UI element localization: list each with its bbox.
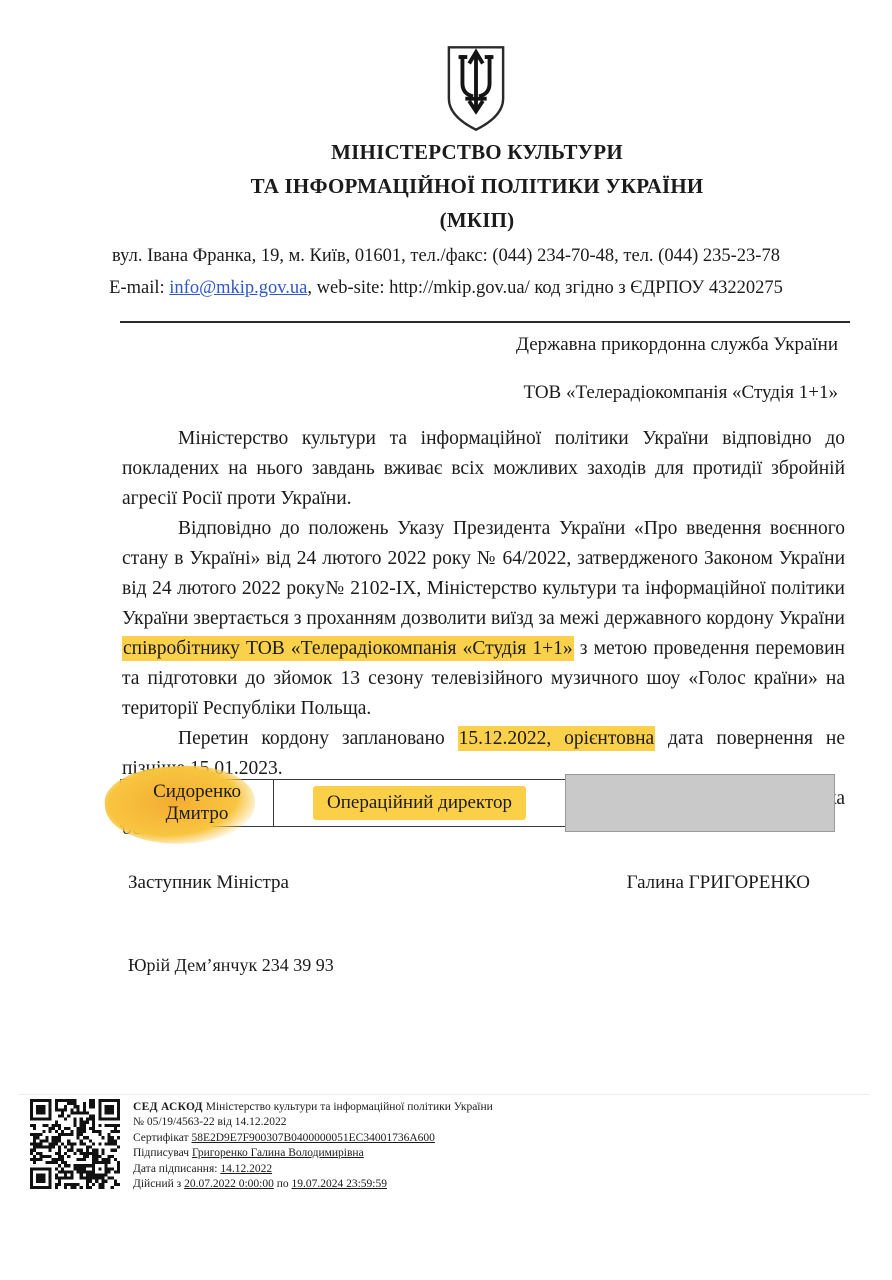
- recipient-studio-1plus1: ТОВ «Телерадіокомпанія «Студія 1+1»: [360, 382, 838, 404]
- stamp-validity-mid: по: [274, 1178, 292, 1190]
- paragraph-request: Відповідно до положень Указу Президента …: [122, 514, 845, 724]
- stamp-system-line: СЕД АСКОД Міністерство культури та інфор…: [133, 1100, 563, 1115]
- recipients-block: Державна прикордонна служба України ТОВ …: [360, 334, 838, 430]
- stamp-separator-line: [18, 1094, 870, 1095]
- employee-name-cell: Сидоренко Дмитро: [120, 779, 274, 827]
- ministry-title-line2: ТА ІНФОРМАЦІЙНОЇ ПОЛІТИКИ УКРАЇНИ: [110, 174, 844, 199]
- stamp-doc-number: № 05/19/4563-22 від 14.12.2022: [133, 1115, 563, 1130]
- stamp-signer-label: Підписувач: [133, 1147, 192, 1159]
- redacted-cell: [565, 774, 835, 832]
- ukraine-trident-emblem-icon: [445, 44, 507, 134]
- paragraph-intro: Міністерство культури та інформаційної п…: [122, 424, 845, 514]
- email-line: E-mail: info@mkip.gov.ua, web-site: http…: [40, 278, 852, 299]
- highlight-date: 15.12.2022, орієнтовна: [458, 726, 656, 751]
- ministry-abbreviation: (МКІП): [110, 208, 844, 233]
- stamp-signer-value: Григоренко Галина Володимирівна: [192, 1147, 364, 1159]
- signer-name: Галина ГРИГОРЕНКО: [510, 872, 810, 894]
- employee-position: Операційний директор: [313, 786, 526, 820]
- stamp-validity-label: Дійсний з: [133, 1178, 184, 1190]
- stamp-certificate-label: Сертифікат: [133, 1132, 191, 1144]
- stamp-signing-date-label: Дата підписання:: [133, 1163, 220, 1175]
- signature-stamp: СЕД АСКОД Міністерство культури та інфор…: [133, 1100, 563, 1192]
- stamp-ministry-name: Міністерство культури та інформаційної п…: [203, 1101, 493, 1113]
- address-line: вул. Івана Франка, 19, м. Київ, 01601, т…: [40, 246, 852, 267]
- stamp-validity-to: 19.07.2024 23:59:59: [291, 1178, 387, 1190]
- stamp-validity-line: Дійсний з 20.07.2022 0:00:00 по 19.07.20…: [133, 1177, 563, 1192]
- header-separator-line: [120, 321, 850, 323]
- email-label: E-mail:: [109, 278, 169, 298]
- highlight-employee: співробітнику ТОВ «Телерадіокомпанія «Ст…: [122, 636, 574, 661]
- paragraph-crossing-pre: Перетин кордону заплановано: [178, 728, 458, 749]
- approval-table: Сидоренко Дмитро Операційний директор: [120, 779, 835, 837]
- ministry-title-line1: МІНІСТЕРСТВО КУЛЬТУРИ: [110, 140, 844, 165]
- website-and-edrpou: , web-site: http://mkip.gov.ua/ код згід…: [307, 278, 782, 298]
- employee-position-cell: Операційний директор: [273, 779, 567, 827]
- stamp-signing-date-value: 14.12.2022: [220, 1163, 272, 1175]
- stamp-certificate-value: 58E2D9E7F900307B0400000051EC34001736A600: [191, 1132, 434, 1144]
- stamp-certificate-line: Сертифікат 58E2D9E7F900307B0400000051EC3…: [133, 1131, 563, 1146]
- employee-name: Сидоренко Дмитро: [121, 781, 273, 825]
- qr-code-icon: [30, 1099, 120, 1189]
- executor-contact: Юрій Дем’янчук 234 39 93: [128, 955, 334, 976]
- email-link[interactable]: info@mkip.gov.ua: [169, 278, 307, 298]
- signer-title: Заступник Міністра: [128, 872, 289, 894]
- stamp-signing-date-line: Дата підписання: 14.12.2022: [133, 1162, 563, 1177]
- paragraph-intro-text: Міністерство культури та інформаційної п…: [122, 428, 845, 509]
- stamp-signer-line: Підписувач Григоренко Галина Володимирів…: [133, 1146, 563, 1161]
- letterhead: МІНІСТЕРСТВО КУЛЬТУРИ ТА ІНФОРМАЦІЙНОЇ П…: [110, 140, 844, 233]
- paragraph-request-pre: Відповідно до положень Указу Президента …: [122, 518, 845, 629]
- document-page: МІНІСТЕРСТВО КУЛЬТУРИ ТА ІНФОРМАЦІЙНОЇ П…: [0, 0, 892, 1280]
- stamp-system-name: СЕД АСКОД: [133, 1101, 203, 1113]
- stamp-validity-from: 20.07.2022 0:00:00: [184, 1178, 274, 1190]
- recipient-border-service: Державна прикордонна служба України: [360, 334, 838, 356]
